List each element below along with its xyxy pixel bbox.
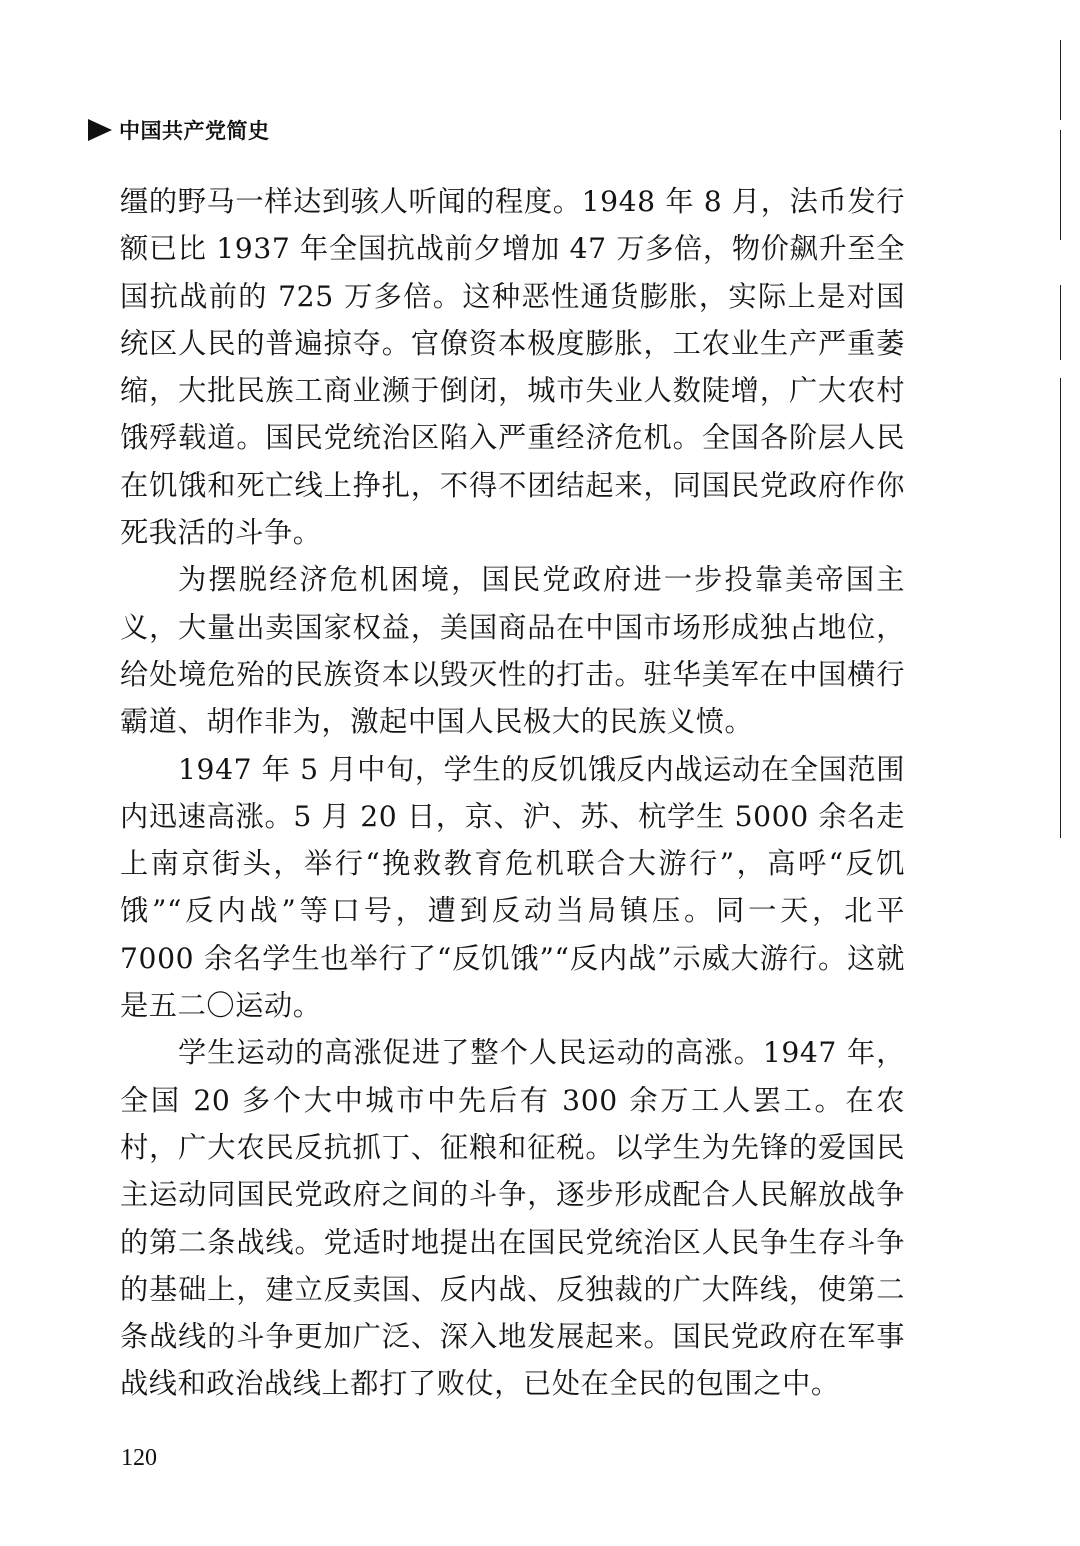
paragraph: 1947 年 5 月中旬，学生的反饥饿反内战运动在全国范围内迅速高涨。5 月 2… bbox=[120, 746, 905, 1030]
page-edge-line bbox=[1060, 40, 1061, 120]
book-title: 中国共产党简史 bbox=[119, 115, 270, 145]
page-edge-line bbox=[1060, 130, 1061, 240]
paragraph: 缰的野马一样达到骇人听闻的程度。1948 年 8 月，法币发行额已比 1937 … bbox=[120, 178, 905, 556]
page-body: 缰的野马一样达到骇人听闻的程度。1948 年 8 月，法币发行额已比 1937 … bbox=[120, 178, 905, 1408]
page-number: 120 bbox=[121, 1445, 157, 1472]
running-header: 中国共产党简史 bbox=[88, 115, 270, 145]
page-edge-line bbox=[1060, 378, 1061, 838]
page-edge-line bbox=[1060, 285, 1061, 360]
paragraph: 为摆脱经济危机困境，国民党政府进一步投靠美帝国主义，大量出卖国家权益，美国商品在… bbox=[120, 556, 905, 745]
paragraph: 学生运动的高涨促进了整个人民运动的高涨。1947 年，全国 20 多个大中城市中… bbox=[120, 1029, 905, 1407]
triangle-right-icon bbox=[88, 119, 112, 141]
